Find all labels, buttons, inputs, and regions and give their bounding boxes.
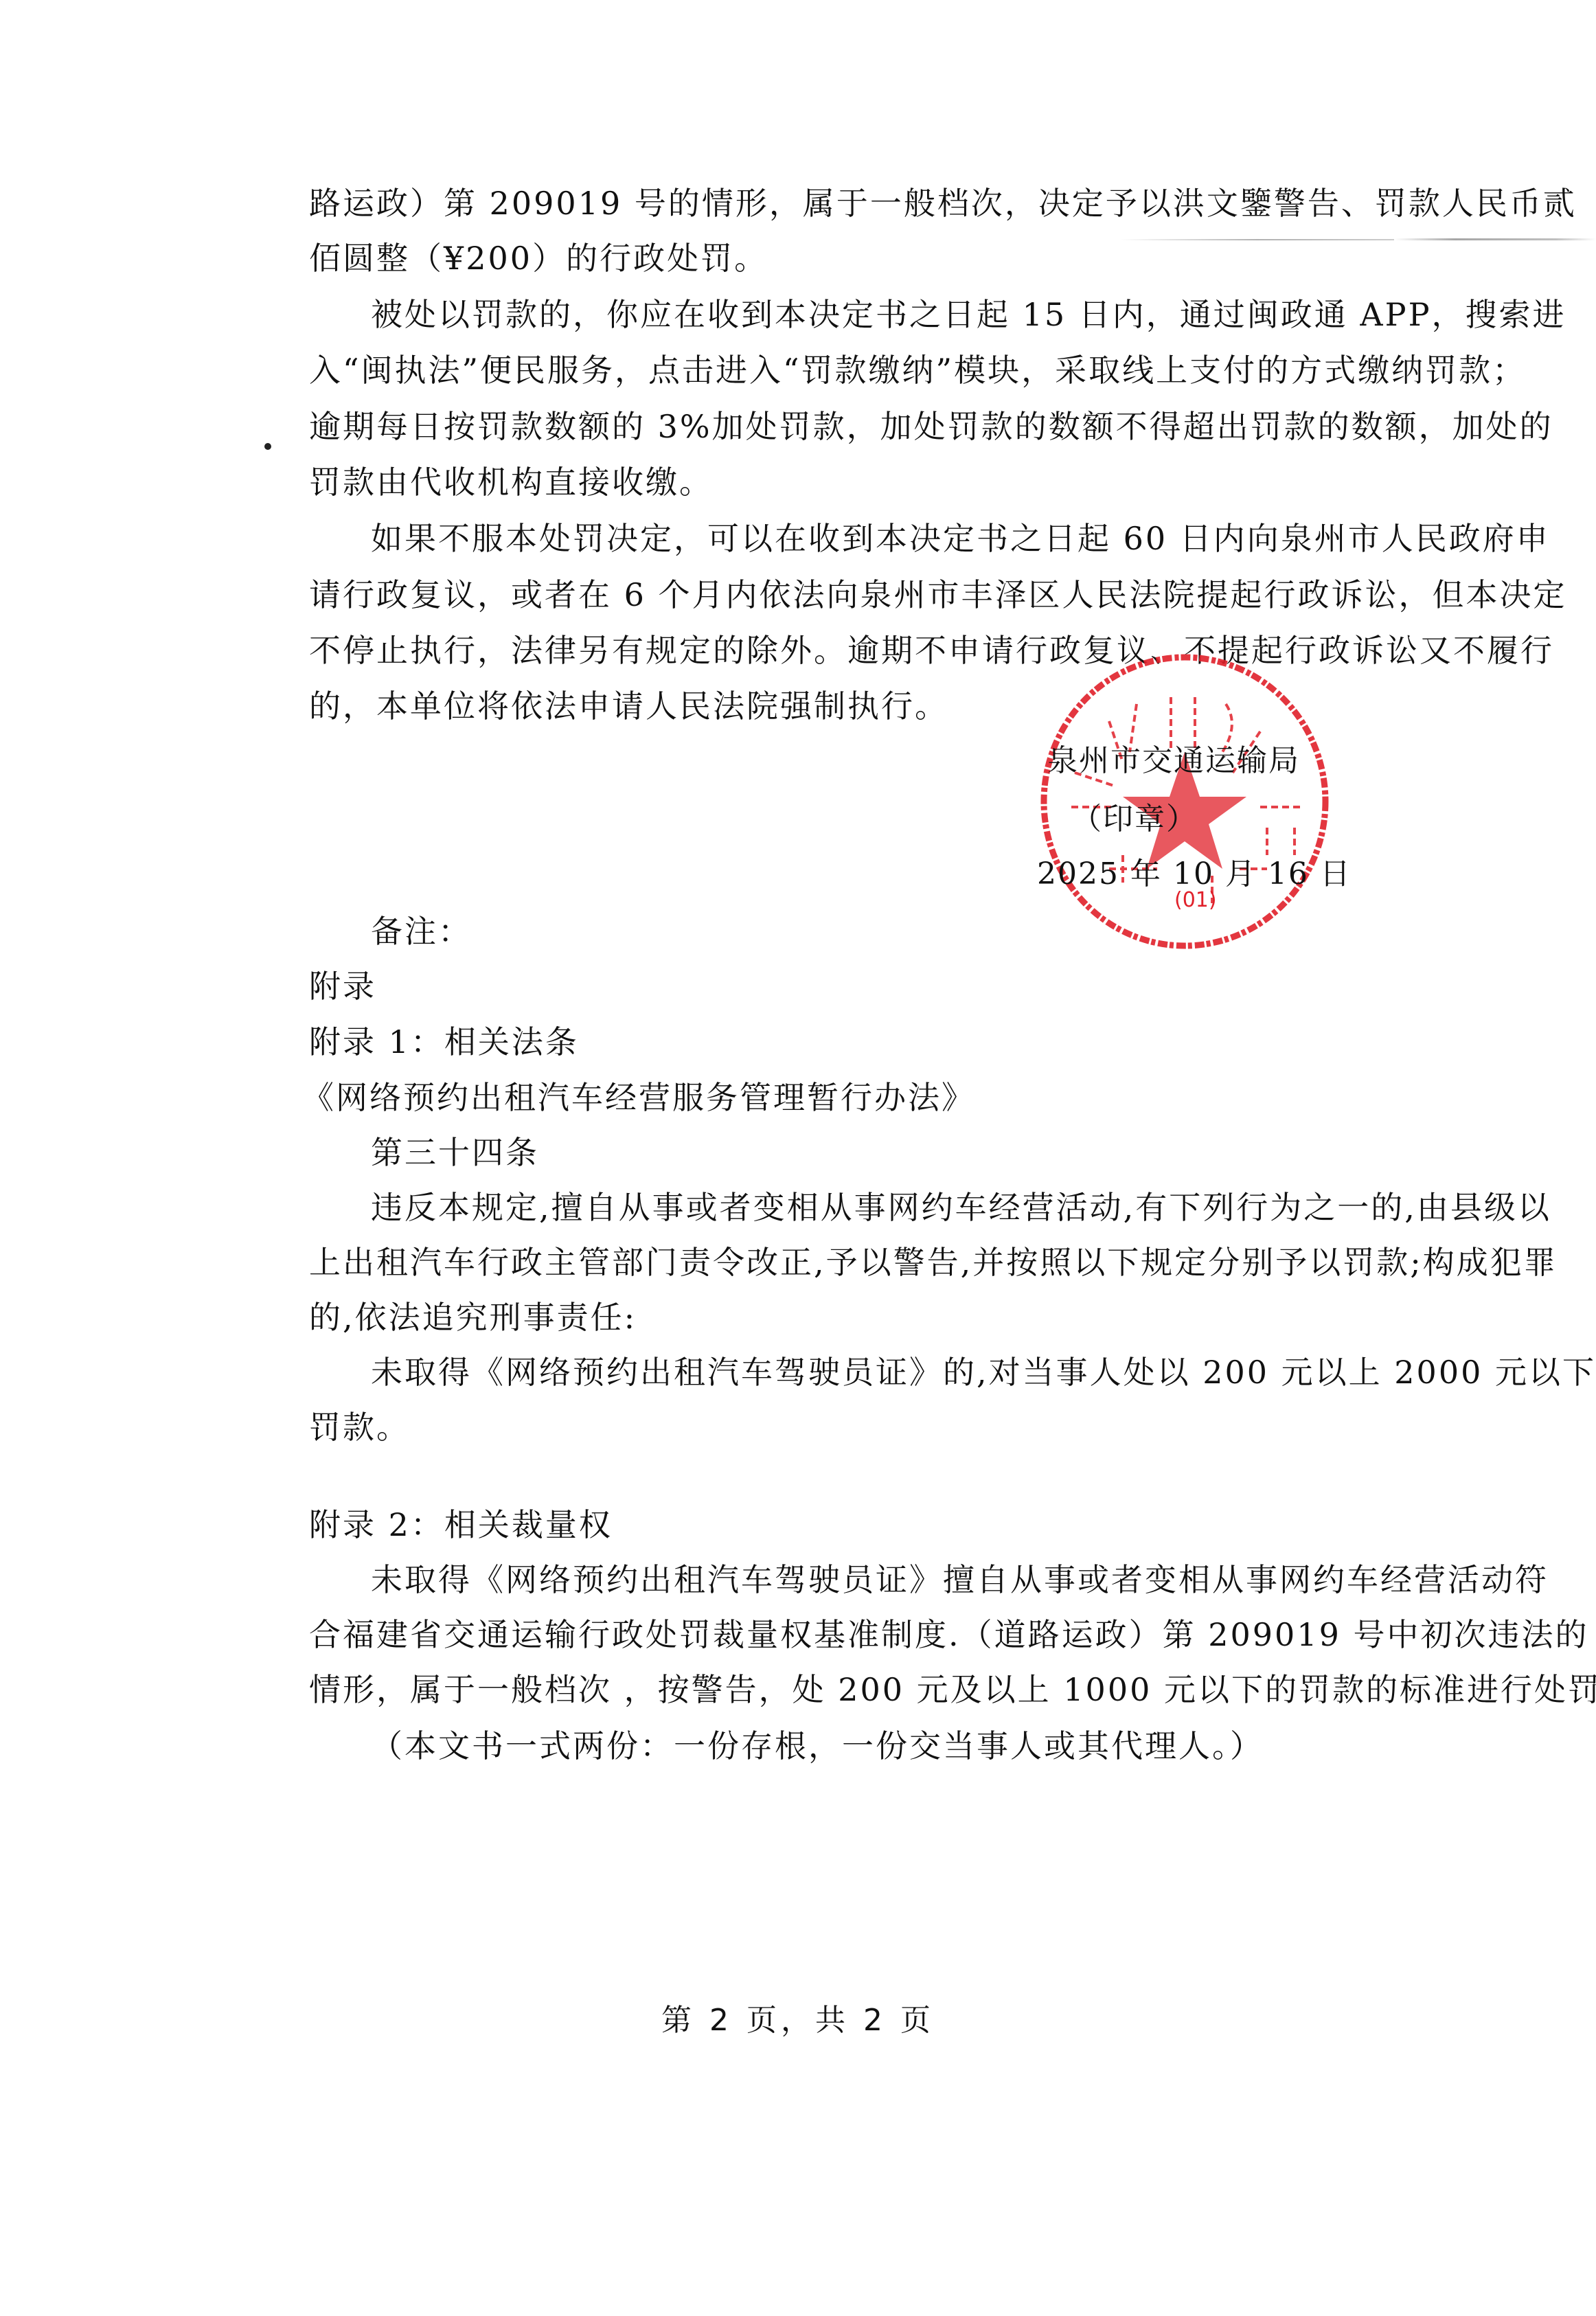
scan-artifact-dot [264,443,271,450]
discretion-line-2: 合福建省交通运输行政处罚裁量权基准制度.（道路运政）第 209019 号中初次违… [309,1614,1401,1655]
payment-paragraph-line-3: 逾期每日按罚款数额的 3%加处罚款，加处罚款的数额不得超出罚款的数额，加处的 [309,406,1401,447]
decision-continuation-line-1: 路运政）第 209019 号的情形，属于一般档次，决定予以洪文鑒警告、罚款人民币… [309,183,1401,224]
article-text-line-1: 违反本规定,擅自从事或者变相从事网约车经营活动,有下列行为之一的,由县级以 [371,1187,1401,1228]
seal-label: （印章） [1071,800,1198,839]
remarks-label: 备注： [371,911,1463,952]
appeal-paragraph-line-2: 请行政复议，或者在 6 个月内依法向泉州市丰泽区人民法院提起行政诉讼，但本决定 [309,574,1401,615]
payment-paragraph-line-1: 被处以罚款的，你应在收到本决定书之日起 15 日内，通过闽政通 APP，搜索进 [371,294,1401,335]
page-indicator: 第 2 页，共 2 页 [0,1995,1596,2039]
article-text-line-3: 的,依法追究刑事责任: [309,1297,1401,1338]
clause-line-2: 罚款。 [309,1407,1401,1448]
clause-line-1: 未取得《网络预约出租汽车驾驶员证》的,对当事人处以 200 元以上 2000 元… [371,1352,1401,1393]
appendix-2-title: 附录 2：相关裁量权 [309,1504,1401,1545]
appendix-title: 附录 [309,966,1401,1007]
copies-note: （本文书一式两份：一份存根，一份交当事人或其代理人。） [371,1725,1463,1767]
discretion-line-1: 未取得《网络预约出租汽车驾驶员证》擅自从事或者变相从事网约车经营活动符 [371,1559,1401,1600]
issuing-authority: 泉州市交通运输局 [1047,742,1300,780]
scan-artifact-line [1394,238,1596,240]
payment-paragraph-line-4: 罚款由代收机构直接收缴。 [309,462,1401,503]
signature-date: 2025 年 10 月 16 日 [1037,855,1352,894]
discretion-line-3: 情形，属于一般档次 ，按警告，处 200 元及以上 1000 元以下的罚款的标准… [309,1669,1401,1710]
document-page: 路运政）第 209019 号的情形，属于一般档次，决定予以洪文鑒警告、罚款人民币… [0,0,1596,2316]
article-text-line-2: 上出租汽车行政主管部门责令改正,予以警告,并按照以下规定分别予以罚款;构成犯罪 [309,1242,1401,1283]
law-title: 《网络预约出租汽车经营服务管理暂行办法》 [302,1077,1394,1118]
article-number: 第三十四条 [371,1132,1463,1173]
appeal-paragraph-line-1: 如果不服本处罚决定，可以在收到本决定书之日起 60 日内向泉州市人民政府申 [371,518,1401,559]
appendix-1-title: 附录 1：相关法条 [309,1021,1401,1063]
payment-paragraph-line-2: 入“闽执法”便民服务，点击进入“罚款缴纳”模块，采取线上支付的方式缴纳罚款； [309,350,1401,391]
decision-continuation-line-2: 佰圆整（¥200）的行政处罚。 [309,238,1401,279]
